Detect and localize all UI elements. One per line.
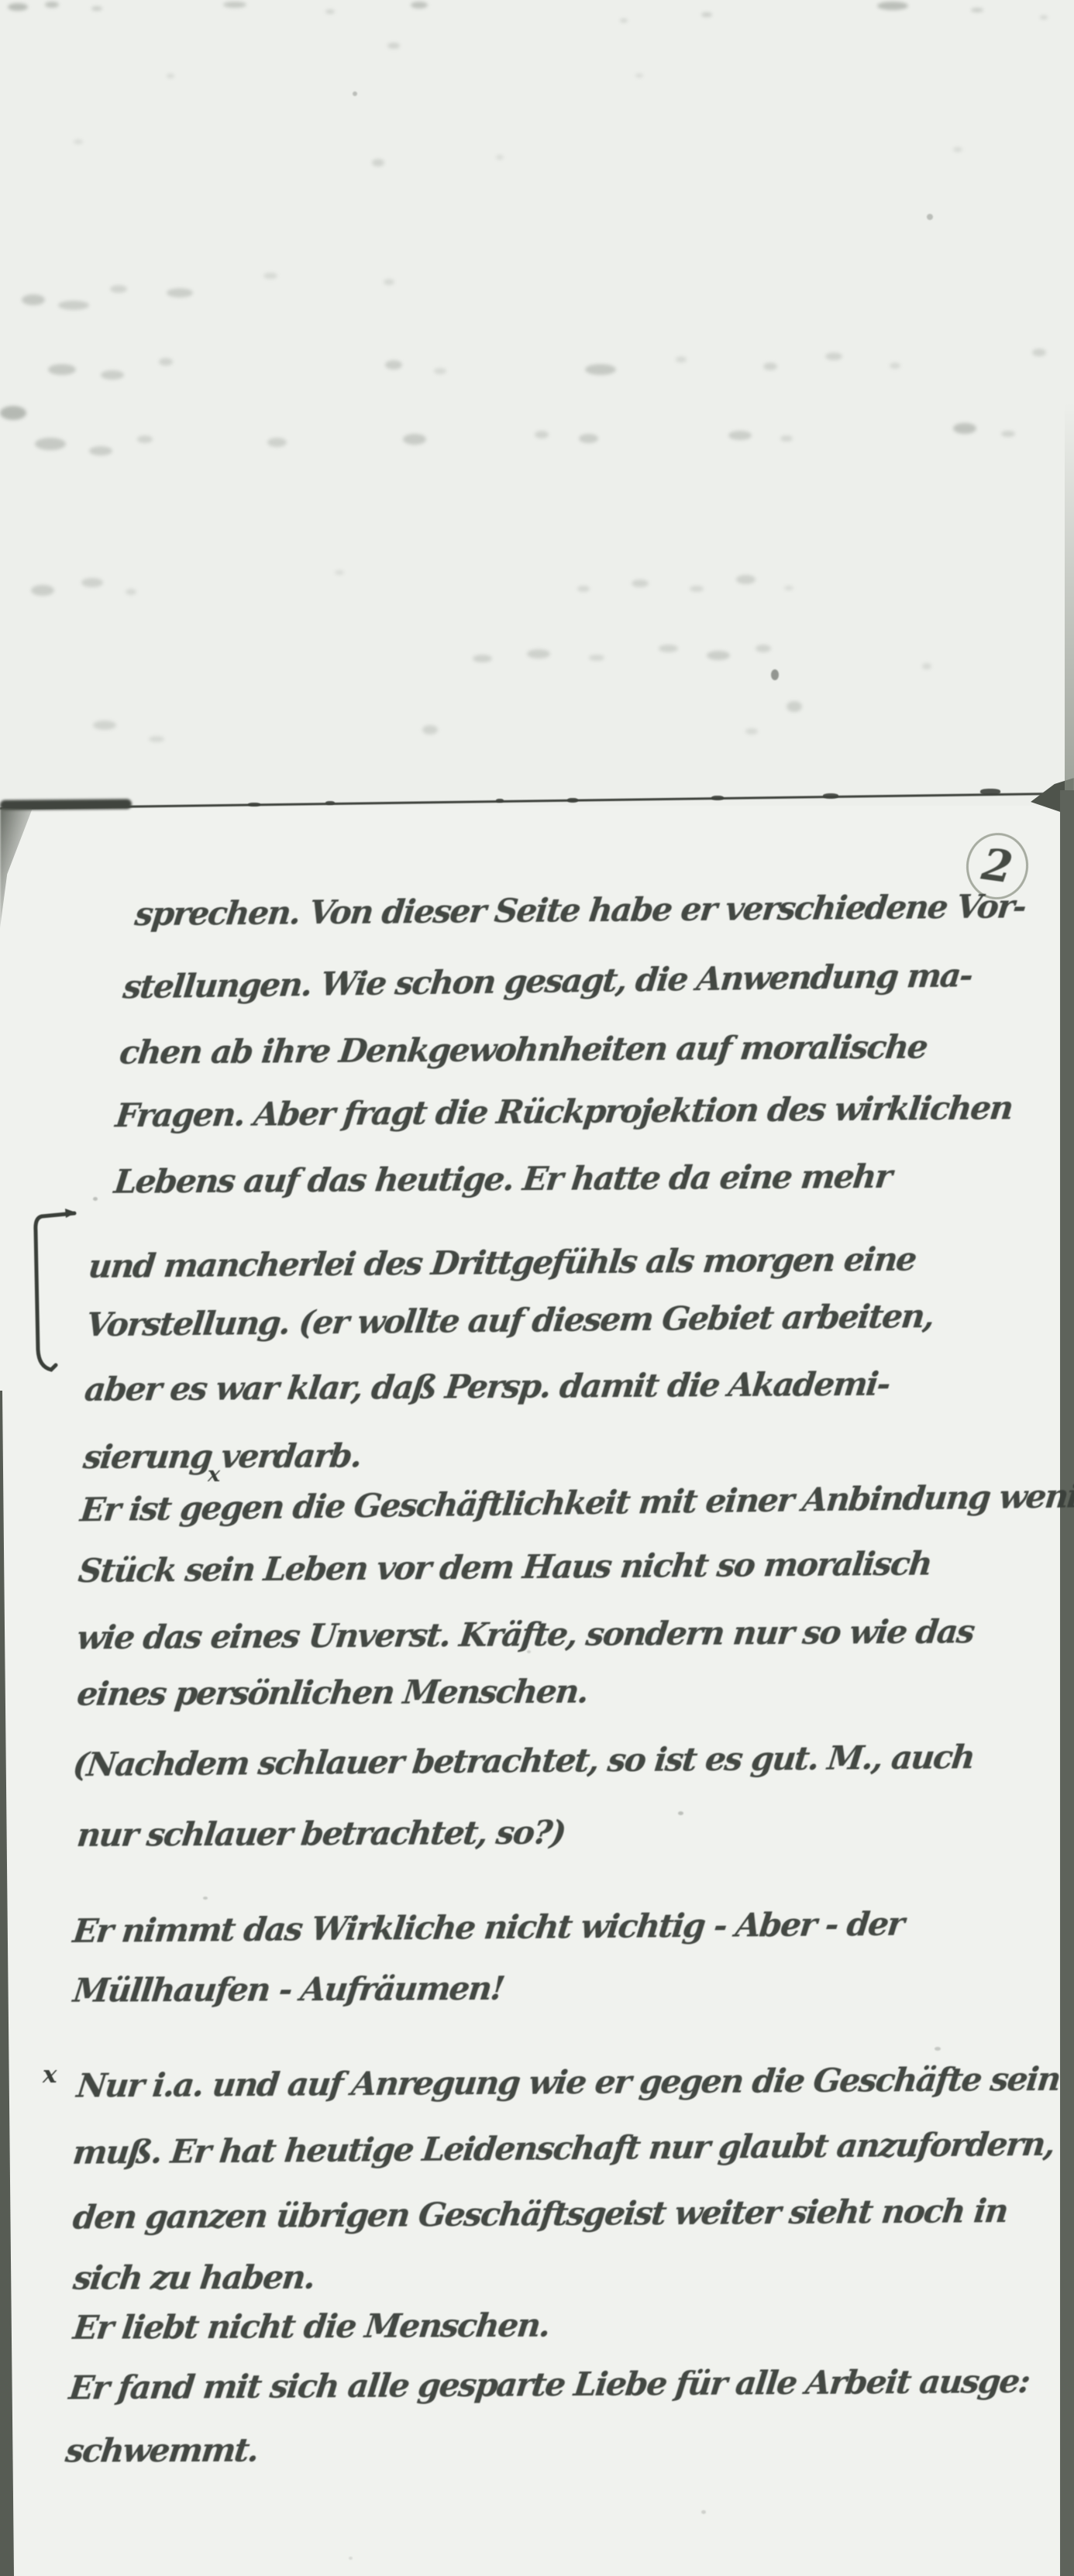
scan-speck [31, 585, 54, 596]
scan-speck [877, 2, 908, 10]
margin-bracket-icon [29, 1202, 84, 1388]
scan-speck [1032, 349, 1046, 356]
scan-speck [48, 364, 76, 375]
scan-speck [387, 43, 400, 49]
scan-speck [690, 586, 704, 592]
scan-speck [223, 2, 246, 8]
footnote-marker: x [43, 2061, 57, 2089]
scan-speck [203, 1897, 208, 1900]
scan-speck [935, 2047, 941, 2051]
handwritten-line: sierung verdarb. [81, 1436, 363, 1476]
scan-speck [385, 360, 402, 370]
scan-speck [411, 2, 428, 9]
scan-speck [701, 12, 712, 17]
scan-speck [635, 74, 643, 77]
handwritten-line: (Nachdem schlauer betrachtet, so ist es … [71, 1738, 976, 1783]
scan-speck [110, 285, 127, 293]
scan-speck [167, 288, 193, 297]
handwritten-line: nur schlauer betrachtet, so?) [75, 1813, 567, 1853]
scan-speck [632, 580, 649, 587]
scan-speck [45, 2, 59, 8]
manuscript-scan: 2 x x sprechen. Von dieser Seite habe er… [0, 0, 1074, 2576]
scan-speck [953, 147, 962, 152]
scan-speck [93, 721, 116, 730]
scan-speck [167, 74, 174, 78]
scan-speck [434, 368, 446, 374]
scan-speck [159, 358, 173, 366]
scan-speck [728, 431, 752, 440]
handwritten-line: Lebens auf das heutige. Er hatte da eine… [112, 1157, 893, 1201]
scan-speck [707, 651, 730, 660]
scan-speck [126, 589, 136, 595]
scan-speck [473, 655, 492, 662]
scan-speck [89, 446, 112, 456]
scan-speck [927, 214, 933, 220]
handwritten-line: Müllhaufen - Aufräumen! [71, 1969, 506, 2010]
scan-speck [35, 438, 66, 450]
scan-speck [91, 6, 102, 11]
scan-speck [825, 353, 842, 360]
handwritten-line: den ganzen übrigen Geschäftsgeist weiter… [71, 2192, 1010, 2236]
scan-speck [771, 669, 779, 680]
handwritten-line: aber es war klar, daß Persp. damit die A… [83, 1364, 891, 1408]
scan-speck [659, 645, 678, 652]
scan-speck [577, 586, 590, 592]
scan-speck [74, 139, 83, 144]
scan-speck [589, 655, 604, 661]
scan-speck [149, 736, 164, 742]
handwritten-line: sich zu haben. [71, 2258, 316, 2296]
scan-speck [496, 155, 504, 160]
scan-speck [1001, 431, 1015, 437]
handwritten-line: Stück sein Leben vor dem Haus nicht so m… [77, 1544, 934, 1590]
scan-edge-right-upper [1065, 403, 1074, 794]
scan-speck [971, 8, 983, 12]
scan-speck [763, 363, 777, 370]
scan-edge-right [1060, 790, 1074, 2576]
scan-speck [372, 159, 384, 167]
handwritten-line: Er fand mit sich alle gesparte Liebe für… [67, 2362, 1031, 2407]
scan-speck [620, 19, 628, 22]
scan-speck [527, 649, 550, 659]
scan-speck [0, 406, 26, 420]
scan-speck [787, 701, 802, 712]
handwritten-line: Er liebt nicht die Menschen. [71, 2306, 552, 2346]
scan-speck [353, 91, 357, 96]
handwritten-line: Nur i.a. und auf Anregung wie er gegen d… [75, 2060, 1062, 2105]
scan-speck [756, 645, 771, 652]
handwritten-line: Fragen. Aber fragt die Rückprojektion de… [114, 1089, 1014, 1134]
handwritten-line: und mancherlei des Drittgefühls als morg… [87, 1240, 917, 1285]
scan-speck [349, 2557, 353, 2560]
scan-speck [81, 578, 103, 587]
scan-speck [403, 434, 426, 445]
scan-speck [263, 273, 277, 279]
previous-page-bottom [0, 0, 1074, 806]
scan-speck [701, 2510, 706, 2514]
scan-speck [585, 364, 616, 375]
handwritten-line: eines persönlichen Menschen. [75, 1672, 590, 1712]
scan-speck [8, 3, 28, 11]
scan-speck [535, 431, 549, 439]
handwritten-line: sprechen. Von dieser Seite habe er versc… [133, 887, 1028, 933]
scan-speck [676, 356, 687, 363]
scan-speck [1040, 15, 1048, 19]
scan-speck [422, 725, 438, 734]
scan-speck [58, 301, 89, 310]
scan-speck [579, 434, 598, 443]
scan-speck [22, 294, 45, 305]
scan-speck [93, 1197, 98, 1201]
scan-speck [678, 1811, 683, 1815]
handwritten-line: Er nimmt das Wirkliche nicht wichtig - A… [71, 1904, 906, 1949]
scan-speck [267, 438, 287, 447]
scan-speck [384, 279, 394, 285]
page-number: 2 [979, 839, 1016, 894]
scan-speck [890, 363, 900, 369]
scan-speck [922, 663, 931, 669]
scan-speck [780, 435, 793, 442]
scan-speck [101, 370, 124, 380]
scan-speck [953, 423, 976, 434]
handwritten-line: wie das eines Unverst. Kräfte, sondern n… [75, 1612, 976, 1656]
handwritten-line: schwemmt. [64, 2431, 260, 2470]
handwritten-line: chen ab ihre Denkgewohnheiten auf morali… [118, 1027, 929, 1071]
scan-speck [325, 9, 335, 14]
scan-speck [745, 728, 758, 734]
scan-speck [137, 435, 153, 443]
scan-speck [335, 570, 344, 575]
scan-speck [784, 586, 793, 590]
scan-speck [736, 575, 756, 584]
